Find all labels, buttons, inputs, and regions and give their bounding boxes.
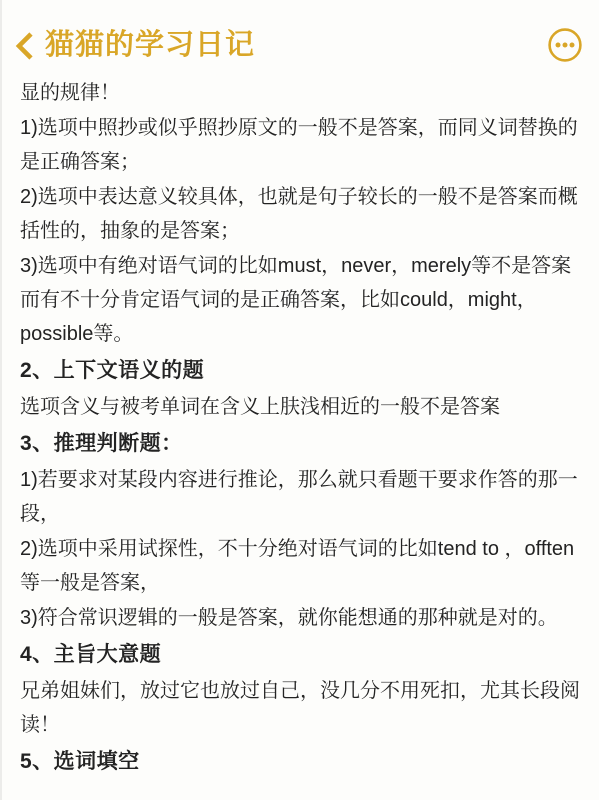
- note-body: 显的规律！1)选项中照抄或似乎照抄原文的一般不是答案，而同义词替换的是正确答案；…: [20, 76, 581, 779]
- section-heading: 3、推理判断题：: [20, 427, 581, 461]
- note-content-scroll-area[interactable]: 显的规律！1)选项中照抄或似乎照抄原文的一般不是答案，而同义词替换的是正确答案；…: [2, 68, 599, 800]
- back-button[interactable]: 猫猫的学习日记: [14, 30, 255, 62]
- section-heading: 2、上下文语义的题: [20, 354, 581, 388]
- more-options-button[interactable]: [547, 27, 583, 66]
- paragraph: 显的规律！: [20, 76, 581, 110]
- notes-app-screen: 猫猫的学习日记 显的规律！1)选项中照抄或似乎照抄原文的一般不是答案，而同义词替…: [0, 0, 599, 800]
- paragraph: 1)选项中照抄或似乎照抄原文的一般不是答案，而同义词替换的是正确答案；: [20, 111, 581, 179]
- paragraph: 2)选项中采用试探性，不十分绝对语气词的比如tend to ，offten等一般…: [20, 532, 581, 600]
- paragraph: 选项含义与被考单词在含义上肤浅相近的一般不是答案: [20, 390, 581, 424]
- paragraph: 1)若要求对某段内容进行推论，那么就只看题干要求作答的那一段，: [20, 463, 581, 531]
- paragraph: 兄弟姐妹们，放过它也放过自己，没几分不用死扣，尤其长段阅读！: [20, 674, 581, 742]
- paragraph: 2)选项中表达意义较具体，也就是句子较长的一般不是答案而概括性的，抽象的是答案；: [20, 180, 581, 248]
- section-heading: 4、主旨大意题: [20, 638, 581, 672]
- page-title: 猫猫的学习日记: [45, 30, 255, 62]
- paragraph: 3)符合常识逻辑的一般是答案，就你能想通的那种就是对的。: [20, 601, 581, 635]
- chevron-left-icon: [14, 30, 36, 62]
- nav-bar: 猫猫的学习日记: [2, 0, 599, 68]
- paragraph: 3)选项中有绝对语气词的比如must，never，merely等不是答案而有不十…: [20, 249, 581, 351]
- section-heading: 5、选词填空: [20, 745, 581, 779]
- circle-ellipsis-icon: [547, 27, 583, 66]
